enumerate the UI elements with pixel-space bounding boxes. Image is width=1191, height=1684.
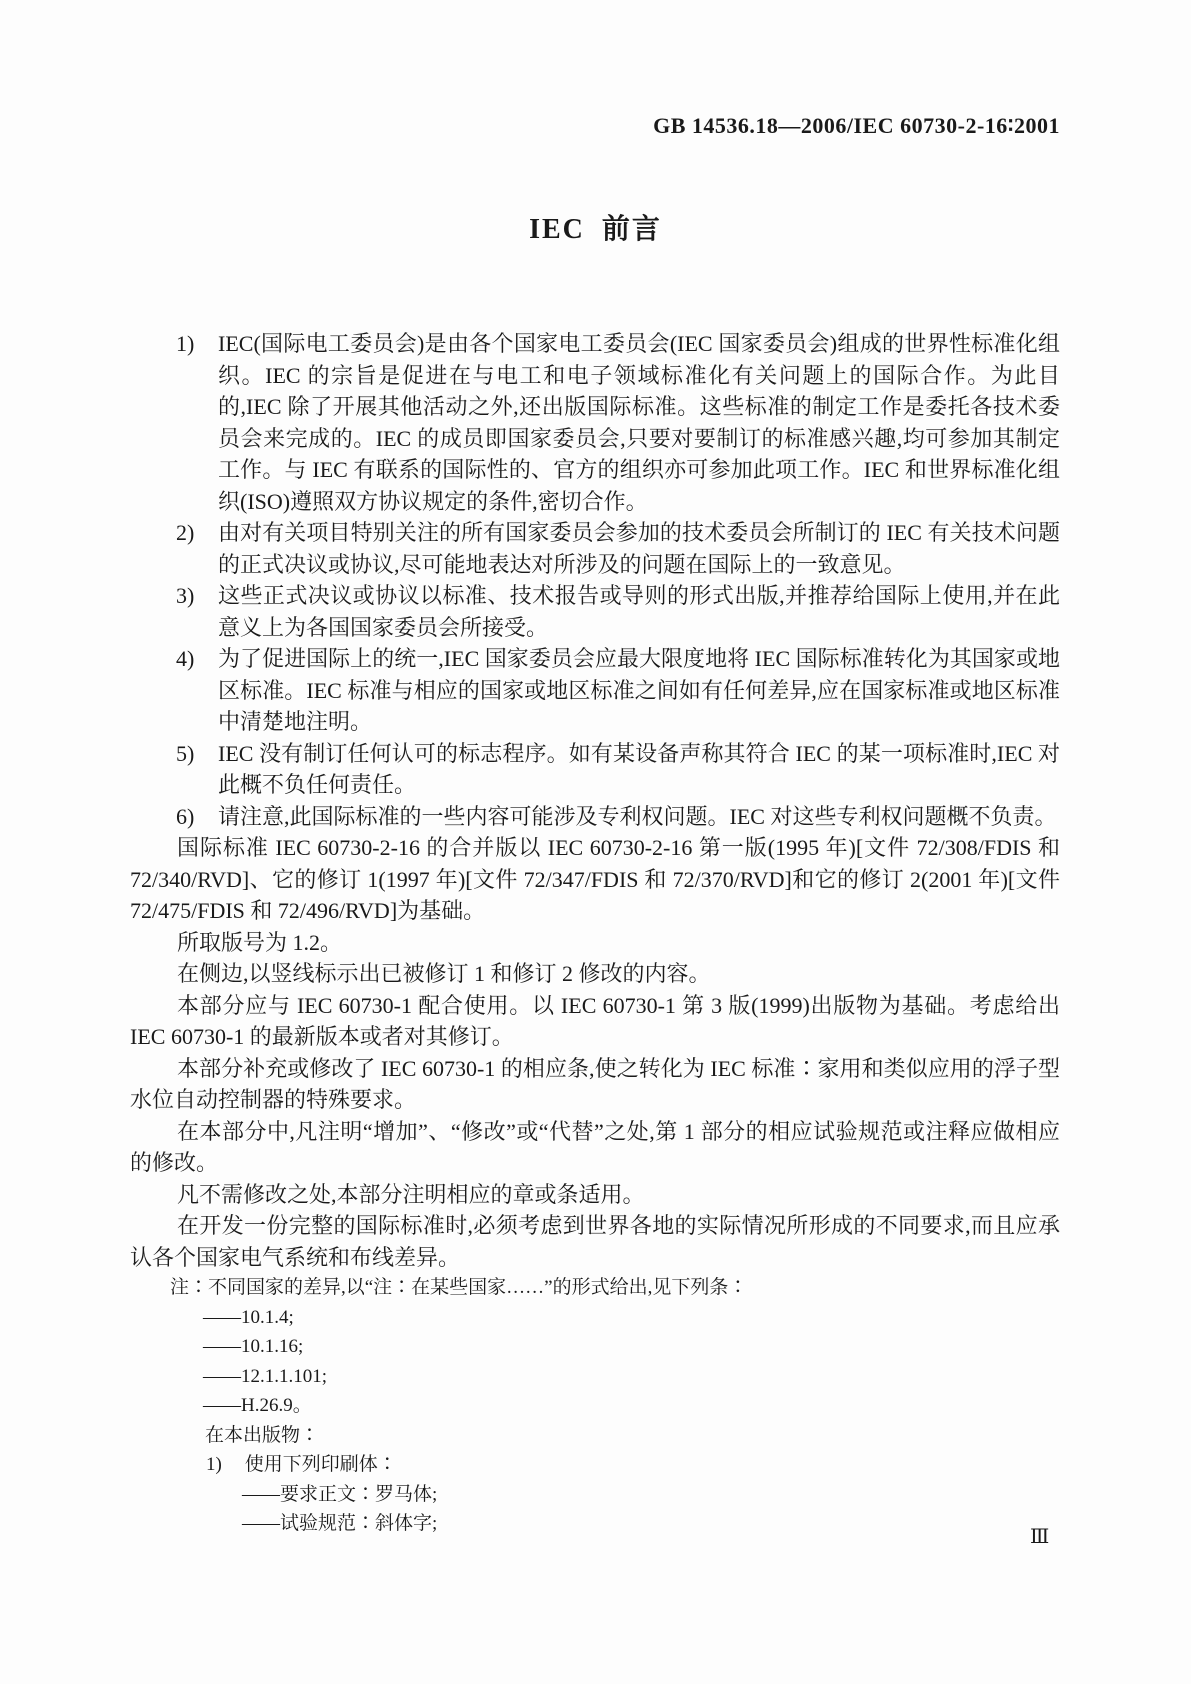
note-intro: 注∶不同国家的差异,以“注∶在某些国家……”的形式给出,见下列条∶: [170, 1273, 1060, 1303]
note-sub-item: ——要求正文∶罗马体;: [242, 1480, 1060, 1510]
item-number: 5): [176, 738, 194, 770]
numbered-item: 5) IEC 没有制订任何认可的标志程序。如有某设备声称其符合 IEC 的某一项…: [130, 738, 1060, 801]
item-number: 1): [176, 328, 194, 360]
item-text: 请注意,此国际标准的一些内容可能涉及专利权问题。IEC 对这些专利权问题概不负责…: [218, 804, 1056, 829]
numbered-item: 4) 为了促进国际上的统一,IEC 国家委员会应最大限度地将 IEC 国际标准转…: [130, 643, 1060, 738]
item-text: IEC(国际电工委员会)是由各个国家电工委员会(IEC 国家委员会)组成的世界性…: [218, 331, 1060, 514]
item-number: 3): [176, 580, 194, 612]
item-text: IEC 没有制订任何认可的标志程序。如有某设备声称其符合 IEC 的某一项标准时…: [218, 741, 1060, 798]
note-block: 注∶不同国家的差异,以“注∶在某些国家……”的形式给出,见下列条∶ ——10.1…: [130, 1273, 1060, 1539]
numbered-item: 1) IEC(国际电工委员会)是由各个国家电工委员会(IEC 国家委员会)组成的…: [130, 328, 1060, 517]
paragraph: 本部分应与 IEC 60730-1 配合使用。以 IEC 60730-1 第 3…: [130, 990, 1060, 1053]
note-clause-ref: ——10.1.16;: [203, 1332, 1060, 1362]
note-sub-item: ——试验规范∶斜体字;: [242, 1509, 1060, 1539]
item-text: 由对有关项目特别关注的所有国家委员会参加的技术委员会所制订的 IEC 有关技术问…: [218, 520, 1060, 577]
numbered-item: 2) 由对有关项目特别关注的所有国家委员会参加的技术委员会所制订的 IEC 有关…: [130, 517, 1060, 580]
note-clause-ref: ——H.26.9。: [203, 1391, 1060, 1421]
item-text: 为了促进国际上的统一,IEC 国家委员会应最大限度地将 IEC 国际标准转化为其…: [218, 646, 1060, 734]
numbered-item: 3) 这些正式决议或协议以标准、技术报告或导则的形式出版,并推荐给国际上使用,并…: [130, 580, 1060, 643]
page-title: IEC 前言: [0, 207, 1191, 247]
item-number: 2): [176, 517, 194, 549]
note-clause-ref: ——12.1.1.101;: [203, 1362, 1060, 1392]
note-clause-ref: ——10.1.4;: [203, 1303, 1060, 1333]
item-number: 4): [176, 643, 194, 675]
item-number: 6): [176, 801, 194, 833]
paragraph: 在开发一份完整的国际标准时,必须考虑到世界各地的实际情况所形成的不同要求,而且应…: [130, 1210, 1060, 1273]
note-numbered-item: 1) 使用下列印刷体∶: [206, 1450, 1060, 1480]
standard-code-header: GB 14536.18—2006/IEC 60730-2-16∶2001: [0, 113, 1060, 139]
paragraph: 在侧边,以竖线标示出已被修订 1 和修订 2 修改的内容。: [130, 958, 1060, 990]
paragraph: 本部分补充或修改了 IEC 60730-1 的相应条,使之转化为 IEC 标准∶…: [130, 1053, 1060, 1116]
paragraph: 凡不需修改之处,本部分注明相应的章或条适用。: [130, 1179, 1060, 1211]
paragraph: 国际标准 IEC 60730-2-16 的合并版以 IEC 60730-2-16…: [130, 832, 1060, 927]
item-text: 这些正式决议或协议以标准、技术报告或导则的形式出版,并推荐给国际上使用,并在此意…: [218, 583, 1060, 640]
page-number: Ⅲ: [1030, 1524, 1049, 1549]
foreword-body: 1) IEC(国际电工委员会)是由各个国家电工委员会(IEC 国家委员会)组成的…: [130, 328, 1060, 1539]
paragraph: 所取版号为 1.2。: [130, 927, 1060, 959]
numbered-item: 6) 请注意,此国际标准的一些内容可能涉及专利权问题。IEC 对这些专利权问题概…: [130, 801, 1060, 833]
item-number: 1): [206, 1450, 240, 1480]
note-publication-line: 在本出版物∶: [205, 1421, 1060, 1451]
item-text: 使用下列印刷体∶: [245, 1454, 397, 1475]
document-page: GB 14536.18—2006/IEC 60730-2-16∶2001 IEC…: [0, 0, 1191, 1684]
paragraph: 在本部分中,凡注明“增加”、“修改”或“代替”之处,第 1 部分的相应试验规范或…: [130, 1116, 1060, 1179]
